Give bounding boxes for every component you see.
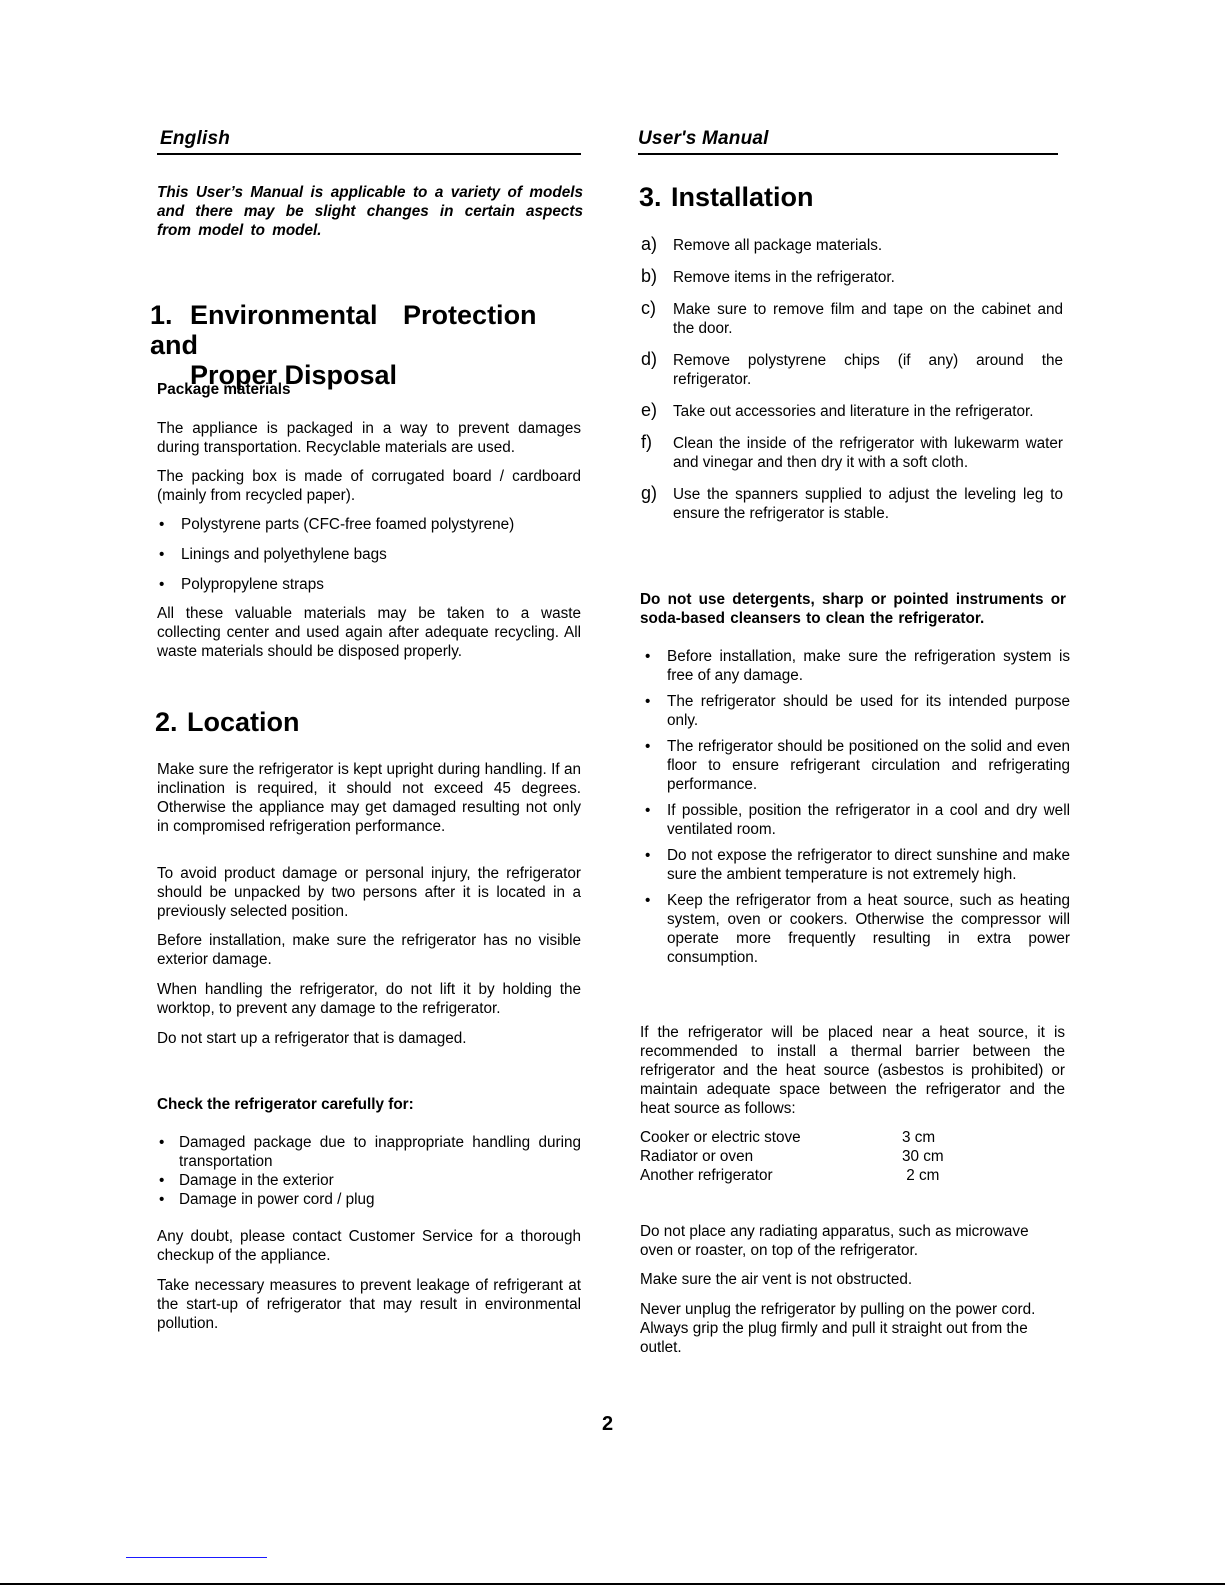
cleaning-warning: Do not use detergents, sharp or pointed … — [640, 590, 1066, 628]
header-manual-title: User's Manual — [638, 128, 769, 150]
check-subhead: Check the refrigerator carefully for: — [157, 1096, 414, 1114]
location-para-2: To avoid product damage or personal inju… — [157, 864, 581, 921]
step-g: g)Use the spanners supplied to adjust th… — [643, 485, 1063, 523]
location-para-5: Do not start up a refrigerator that is d… — [157, 1029, 581, 1048]
package-materials-list: Polystyrene parts (CFC-free foamed polys… — [157, 515, 581, 594]
footnote-rule — [126, 1557, 267, 1558]
header-rule-right — [638, 153, 1058, 155]
distance-table: Cooker or electric stove3 cm Radiator or… — [640, 1128, 1065, 1185]
list-item: Polystyrene parts (CFC-free foamed polys… — [157, 515, 581, 534]
location-para-4: When handling the refrigerator, do not l… — [157, 980, 581, 1018]
header-rule-left — [157, 153, 581, 155]
check-list: Damaged package due to inappropriate han… — [157, 1133, 581, 1209]
list-item: Damage in the exterior — [157, 1171, 581, 1190]
section-1-number: 1. — [150, 300, 190, 330]
package-para-1: The appliance is packaged in a way to pr… — [157, 419, 581, 457]
step-b: b)Remove items in the refrigerator. — [643, 268, 1063, 287]
table-row: Cooker or electric stove3 cm — [640, 1128, 1065, 1147]
package-para-3: All these valuable materials may be take… — [157, 604, 581, 661]
package-para-2: The packing box is made of corrugated bo… — [157, 467, 581, 505]
section-3-title: Installation — [671, 182, 814, 212]
section-1-title-line1: Environmental Protection and — [150, 300, 537, 360]
list-item: Keep the refrigerator from a heat source… — [643, 891, 1070, 967]
list-item: Linings and polyethylene bags — [157, 545, 581, 564]
list-item: Damage in power cord / plug — [157, 1190, 581, 1209]
step-a: a)Remove all package materials. — [643, 236, 1063, 255]
table-row: Another refrigerator 2 cm — [640, 1166, 1065, 1185]
step-c: c)Make sure to remove film and tape on t… — [643, 300, 1063, 338]
table-row: Radiator or oven30 cm — [640, 1147, 1065, 1166]
intro-note: This User’s Manual is applicable to a va… — [157, 183, 583, 240]
location-para-7: Take necessary measures to prevent leaka… — [157, 1276, 581, 1333]
installation-bullets: Before installation, make sure the refri… — [643, 647, 1070, 967]
list-item: Do not expose the refrigerator to direct… — [643, 846, 1070, 884]
section-1-heading: 1.Environmental Protection and Proper Di… — [150, 300, 582, 390]
step-f: f)Clean the inside of the refrigerator w… — [643, 434, 1063, 472]
section-2-title: Location — [187, 707, 300, 737]
location-para-6: Any doubt, please contact Customer Servi… — [157, 1227, 581, 1265]
heat-source-para: If the refrigerator will be placed near … — [640, 1023, 1065, 1118]
page-number: 2 — [602, 1413, 613, 1436]
step-d: d)Remove polystyrene chips (if any) arou… — [643, 351, 1063, 389]
list-item: The refrigerator should be positioned on… — [643, 737, 1070, 794]
list-item: If possible, position the refrigerator i… — [643, 801, 1070, 839]
header-language: English — [160, 128, 230, 150]
package-materials-subhead: Package materials — [157, 381, 291, 399]
installation-steps: a)Remove all package materials. b)Remove… — [643, 236, 1063, 523]
location-para-1: Make sure the refrigerator is kept uprig… — [157, 760, 581, 836]
unplug-para: Never unplug the refrigerator by pulling… — [640, 1300, 1065, 1357]
section-2-number: 2. — [155, 707, 187, 737]
step-e: e)Take out accessories and literature in… — [643, 402, 1063, 421]
section-3-number: 3. — [639, 182, 671, 212]
location-para-3: Before installation, make sure the refri… — [157, 931, 581, 969]
air-vent-para: Make sure the air vent is not obstructed… — [640, 1270, 1065, 1289]
section-2-heading: 2.Location — [155, 707, 300, 737]
radiating-para: Do not place any radiating apparatus, su… — [640, 1222, 1065, 1260]
list-item: Damaged package due to inappropriate han… — [157, 1133, 581, 1171]
section-3-heading: 3.Installation — [639, 182, 814, 212]
list-item: Polypropylene straps — [157, 575, 581, 594]
list-item: Before installation, make sure the refri… — [643, 647, 1070, 685]
list-item: The refrigerator should be used for its … — [643, 692, 1070, 730]
